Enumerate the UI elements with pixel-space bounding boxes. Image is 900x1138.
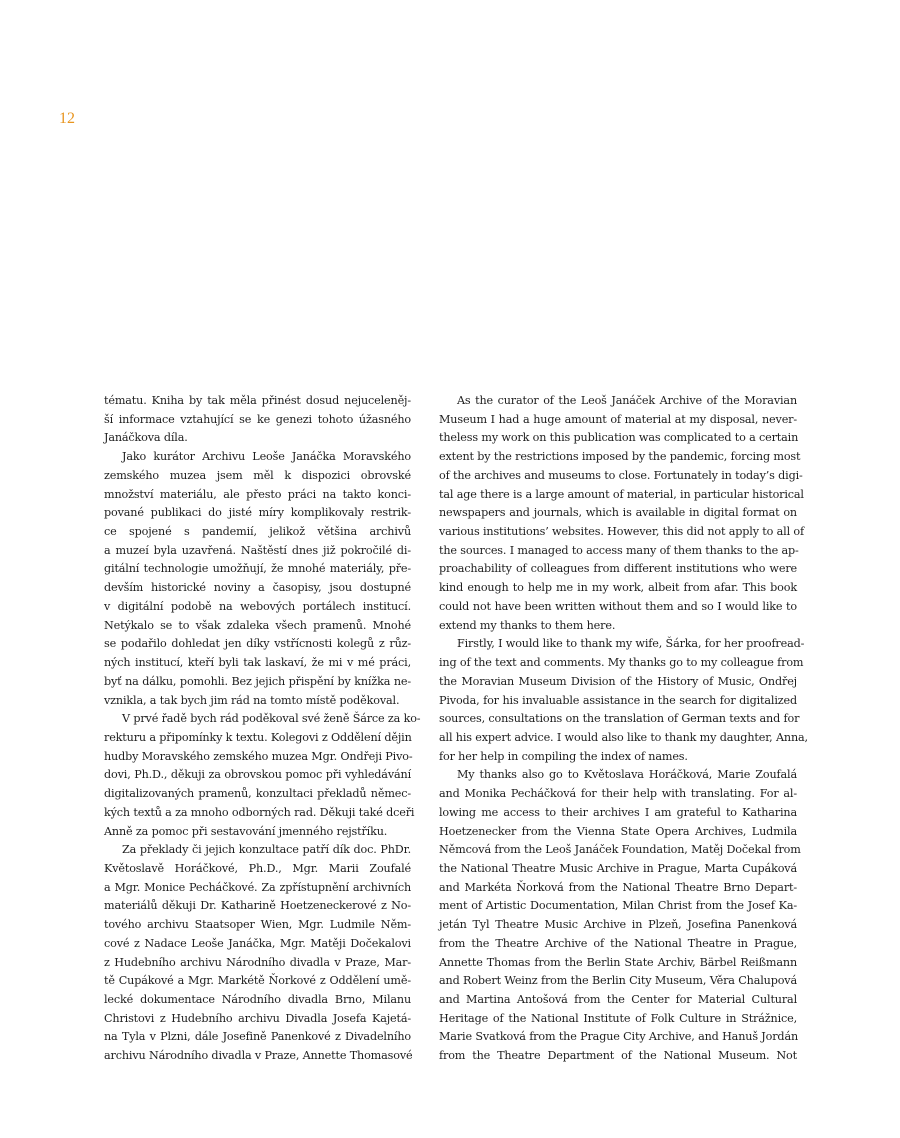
text-line: a muzeí byla uzavřená. Naštěstí dnes již…	[104, 542, 411, 561]
czech-text-column: tématu. Kniha by tak měla přinést dosud …	[104, 392, 411, 1066]
text-line: and Markéta Ňorková from the National Th…	[439, 879, 797, 898]
text-line: the sources. I managed to access many of…	[439, 542, 797, 561]
text-line: a Mgr. Monice Pecháčkové. Za zpřístupněn…	[104, 879, 411, 898]
text-line: z Hudebního archivu Národního divadla v …	[104, 954, 411, 973]
text-line: ce spojené s pandemií, jelikož většina a…	[104, 523, 411, 542]
text-line: v digitální podobě na webových portálech…	[104, 598, 411, 617]
text-line: Christovi z Hudebního archivu Divadla Jo…	[104, 1010, 411, 1029]
text-line: materiálů děkuji Dr. Katharině Hoetzenec…	[104, 897, 411, 916]
text-line: lowing me access to their archives I am …	[439, 804, 797, 823]
text-line: ing of the text and comments. My thanks …	[439, 654, 797, 673]
text-line: Anně za pomoc při sestavování jmenného r…	[104, 823, 411, 842]
text-line: of the archives and museums to close. Fo…	[439, 467, 797, 486]
text-line: digitalizovaných pramenů, konzultaci pře…	[104, 785, 411, 804]
text-line: newspapers and journals, which is availa…	[439, 504, 797, 523]
text-line: množství materiálu, ale přesto práci na …	[104, 486, 411, 505]
text-line: Janáčkova díla.	[104, 429, 411, 448]
text-line: dovi, Ph.D., děkuji za obrovskou pomoc p…	[104, 766, 411, 785]
page-number: 12	[59, 111, 75, 127]
text-line: ší informace vztahující se ke genezi toh…	[104, 411, 411, 430]
text-line: the National Theatre Music Archive in Pr…	[439, 860, 797, 879]
text-line: Němcová from the Leoš Janáček Foundation…	[439, 841, 797, 860]
text-line: ných institucí, kteří byli tak laskaví, …	[104, 654, 411, 673]
text-line: sources, consultations on the translatio…	[439, 710, 797, 729]
text-line: byť na dálku, pomohli. Bez jejich přispě…	[104, 673, 411, 692]
text-line: pované publikaci do jisté míry komplikov…	[104, 504, 411, 523]
text-line: lecké dokumentace Národního divadla Brno…	[104, 991, 411, 1010]
text-line: and Robert Weinz from the Berlin City Mu…	[439, 972, 797, 991]
text-line: could not have been written without them…	[439, 598, 797, 617]
english-text-column: As the curator of the Leoš Janáček Archi…	[439, 392, 797, 1066]
text-line: Heritage of the National Institute of Fo…	[439, 1010, 797, 1029]
text-line: gitální technologie umožňují, že mnohé m…	[104, 560, 411, 579]
text-line: extent by the restrictions imposed by th…	[439, 448, 797, 467]
text-line: all his expert advice. I would also like…	[439, 729, 797, 748]
text-line: tového archivu Staatsoper Wien, Mgr. Lud…	[104, 916, 411, 935]
text-line: kind enough to help me in my work, albei…	[439, 579, 797, 598]
text-line: and Monika Pecháčková for their help wit…	[439, 785, 797, 804]
text-line: Firstly, I would like to thank my wife, …	[439, 635, 797, 654]
text-line: tě Cupákové a Mgr. Markétě Ňorkové z Odd…	[104, 972, 411, 991]
text-line: hudby Moravského zemského muzea Mgr. Ond…	[104, 748, 411, 767]
text-line: Museum I had a huge amount of material a…	[439, 411, 797, 430]
text-line: se podařilo dohledat jen díky vstřícnost…	[104, 635, 411, 654]
text-line: devším historické noviny a časopisy, jso…	[104, 579, 411, 598]
text-line: My thanks also go to Květoslava Horáčkov…	[439, 766, 797, 785]
text-line: vznikla, a tak bych jim rád na tomto mís…	[104, 692, 411, 711]
text-line: Květoslavě Horáčkové, Ph.D., Mgr. Marii …	[104, 860, 411, 879]
text-line: As the curator of the Leoš Janáček Archi…	[439, 392, 797, 411]
text-line: tématu. Kniha by tak měla přinést dosud …	[104, 392, 411, 411]
text-line: kých textů a za mnoho odborných rad. Děk…	[104, 804, 411, 823]
text-line: extend my thanks to them here.	[439, 617, 797, 636]
text-line: proachability of colleagues from differe…	[439, 560, 797, 579]
text-line: ment of Artistic Documentation, Milan Ch…	[439, 897, 797, 916]
text-line: from the Theatre Department of the Natio…	[439, 1047, 797, 1066]
text-line: and Martina Antošová from the Center for…	[439, 991, 797, 1010]
text-line: rekturu a připomínky k textu. Kolegovi z…	[104, 729, 411, 748]
text-line: the Moravian Museum Division of the Hist…	[439, 673, 797, 692]
text-line: na Tyla v Plzni, dále Josefině Panenkové…	[104, 1028, 411, 1047]
text-line: zemského muzea jsem měl k dispozici obro…	[104, 467, 411, 486]
text-line: for her help in compiling the index of n…	[439, 748, 797, 767]
text-line: various institutions’ websites. However,…	[439, 523, 797, 542]
text-line: from the Theatre Archive of the National…	[439, 935, 797, 954]
text-line: cové z Nadace Leoše Janáčka, Mgr. Matěji…	[104, 935, 411, 954]
text-line: Marie Svatková from the Prague City Arch…	[439, 1028, 797, 1047]
text-line: Pivoda, for his invaluable assistance in…	[439, 692, 797, 711]
text-line: Jako kurátor Archivu Leoše Janáčka Morav…	[104, 448, 411, 467]
text-line: Za překlady či jejich konzultace patří d…	[104, 841, 411, 860]
text-line: Annette Thomas from the Berlin State Arc…	[439, 954, 797, 973]
text-line: archivu Národního divadla v Praze, Annet…	[104, 1047, 411, 1066]
text-line: V prvé řadě bych rád poděkoval své ženě …	[104, 710, 411, 729]
text-line: Netýkalo se to však zdaleka všech pramen…	[104, 617, 411, 636]
text-line: tal age there is a large amount of mater…	[439, 486, 797, 505]
text-line: theless my work on this publication was …	[439, 429, 797, 448]
text-line: jetán Tyl Theatre Music Archive in Plzeň…	[439, 916, 797, 935]
text-line: Hoetzenecker from the Vienna State Opera…	[439, 823, 797, 842]
